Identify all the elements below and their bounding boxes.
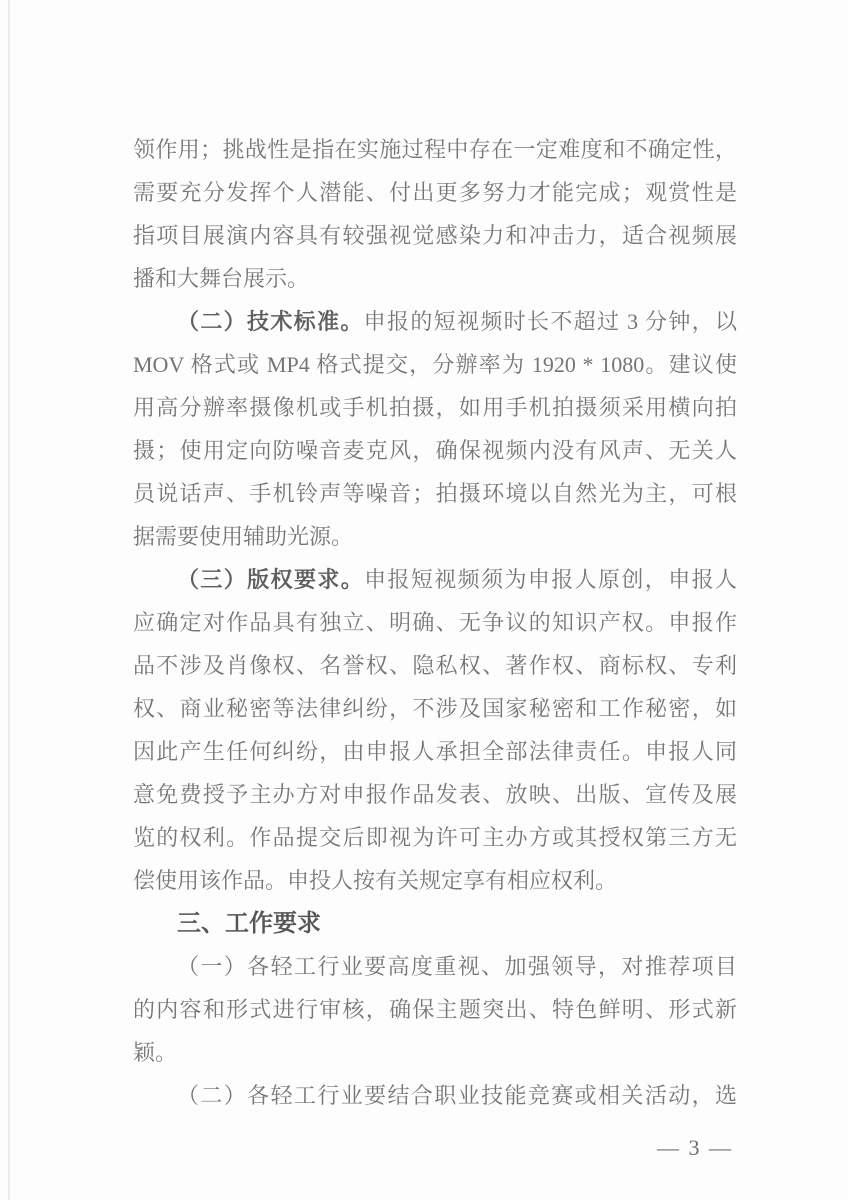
text-line: 据需要使用辅助光源。 [133, 515, 737, 558]
text-line: 应确定对作品具有独立、明确、无争议的知识产权。申报作 [133, 601, 737, 644]
bold-subheading-run: （三）版权要求。 [177, 567, 364, 592]
text-run: 据需要使用辅助光源。 [133, 524, 353, 549]
text-run: MOV 格式或 MP4 格式提交，分辦率为 1920 * 1080。建议使 [133, 352, 737, 377]
text-line: （三）版权要求。申报短视频须为申报人原创，申报人 [133, 558, 737, 601]
page-number: — 3 — [657, 1132, 733, 1164]
text-line: （二）各轻工行业要结合职业技能竞赛或相关活动，选 [133, 1074, 737, 1117]
text-line: （一）各轻工行业要高度重视、加强领导，对推荐项目 [133, 945, 737, 988]
text-run: 需要充分发挥个人潜能、付出更多努力才能完成；观赏性是 [133, 180, 737, 205]
text-run: 摄；使用定向防噪音麦克风，确保视频内没有风声、无关人 [133, 438, 737, 463]
text-run: 申报短视频须为申报人原创，申报人 [364, 567, 737, 592]
text-line: 意免费授予主办方对申报作品发表、放映、出版、宣传及展 [133, 773, 737, 816]
text-run: 权、商业秘密等法律纠纷，不涉及国家秘密和工作秘密，如 [133, 696, 737, 721]
text-run: 偿使用该作品。申投人按有关规定享有相应权利。 [133, 868, 617, 893]
text-run: 意免费授予主办方对申报作品发表、放映、出版、宣传及展 [133, 782, 737, 807]
text-line: 需要充分发挥个人潜能、付出更多努力才能完成；观赏性是 [133, 171, 737, 214]
text-line: 颖。 [133, 1031, 737, 1074]
text-line: 权、商业秘密等法律纠纷，不涉及国家秘密和工作秘密，如 [133, 687, 737, 730]
bold-subheading-run: （二）技术标准。 [177, 309, 364, 334]
text-run: 三、工作要求 [177, 910, 321, 937]
text-run: 用高分辦率摄像机或手机拍摄，如用手机拍摄须采用横向拍 [133, 395, 737, 420]
text-run: 览的权利。作品提交后即视为许可主办方或其授权第三方无 [133, 825, 737, 850]
text-line: 品不涉及肖像权、名誉权、隐私权、著作权、商标权、专利 [133, 644, 737, 687]
text-run: （二）各轻工行业要结合职业技能竞赛或相关活动，选 [177, 1083, 737, 1108]
text-run: 领作用；挑战性是指在实施过程中存在一定难度和不确定性， [133, 137, 737, 162]
scan-edge-artifact [8, 0, 10, 1200]
text-run: （一）各轻工行业要高度重视、加强领导，对推荐项目 [177, 954, 737, 979]
text-run: 播和大舞台展示。 [133, 266, 309, 291]
document-body: 领作用；挑战性是指在实施过程中存在一定难度和不确定性，需要充分发挥个人潜能、付出… [133, 128, 737, 1117]
text-line: 用高分辦率摄像机或手机拍摄，如用手机拍摄须采用横向拍 [133, 386, 737, 429]
text-line: MOV 格式或 MP4 格式提交，分辦率为 1920 * 1080。建议使 [133, 343, 737, 386]
text-line: 因此产生任何纠纷，由申报人承担全部法律责任。申报人同 [133, 730, 737, 773]
text-line: 偿使用该作品。申投人按有关规定享有相应权利。 [133, 859, 737, 902]
text-line: 员说话声、手机铃声等噪音；拍摄环境以自然光为主，可根 [133, 472, 737, 515]
text-run: 应确定对作品具有独立、明确、无争议的知识产权。申报作 [133, 610, 737, 635]
document-page: 领作用；挑战性是指在实施过程中存在一定难度和不确定性，需要充分发挥个人潜能、付出… [0, 0, 848, 1200]
text-line: 览的权利。作品提交后即视为许可主办方或其授权第三方无 [133, 816, 737, 859]
text-run: 品不涉及肖像权、名誉权、隐私权、著作权、商标权、专利 [133, 653, 737, 678]
text-run: 申报的短视频时长不超过 3 分钟，以 [364, 309, 737, 334]
text-line: 的内容和形式进行审核，确保主题突出、特色鲜明、形式新 [133, 988, 737, 1031]
text-run: 员说话声、手机铃声等噪音；拍摄环境以自然光为主，可根 [133, 481, 737, 506]
text-run: 因此产生任何纠纷，由申报人承担全部法律责任。申报人同 [133, 739, 737, 764]
text-line: 领作用；挑战性是指在实施过程中存在一定难度和不确定性， [133, 128, 737, 171]
text-run: 指项目展演内容具有较强视觉感染力和冲击力，适合视频展 [133, 223, 737, 248]
section-heading: 三、工作要求 [133, 902, 737, 945]
text-line: 播和大舞台展示。 [133, 257, 737, 300]
text-line: 指项目展演内容具有较强视觉感染力和冲击力，适合视频展 [133, 214, 737, 257]
text-line: 摄；使用定向防噪音麦克风，确保视频内没有风声、无关人 [133, 429, 737, 472]
text-line: （二）技术标准。申报的短视频时长不超过 3 分钟，以 [133, 300, 737, 343]
text-run: 的内容和形式进行审核，确保主题突出、特色鲜明、形式新 [133, 997, 737, 1022]
text-run: 颖。 [133, 1040, 177, 1065]
